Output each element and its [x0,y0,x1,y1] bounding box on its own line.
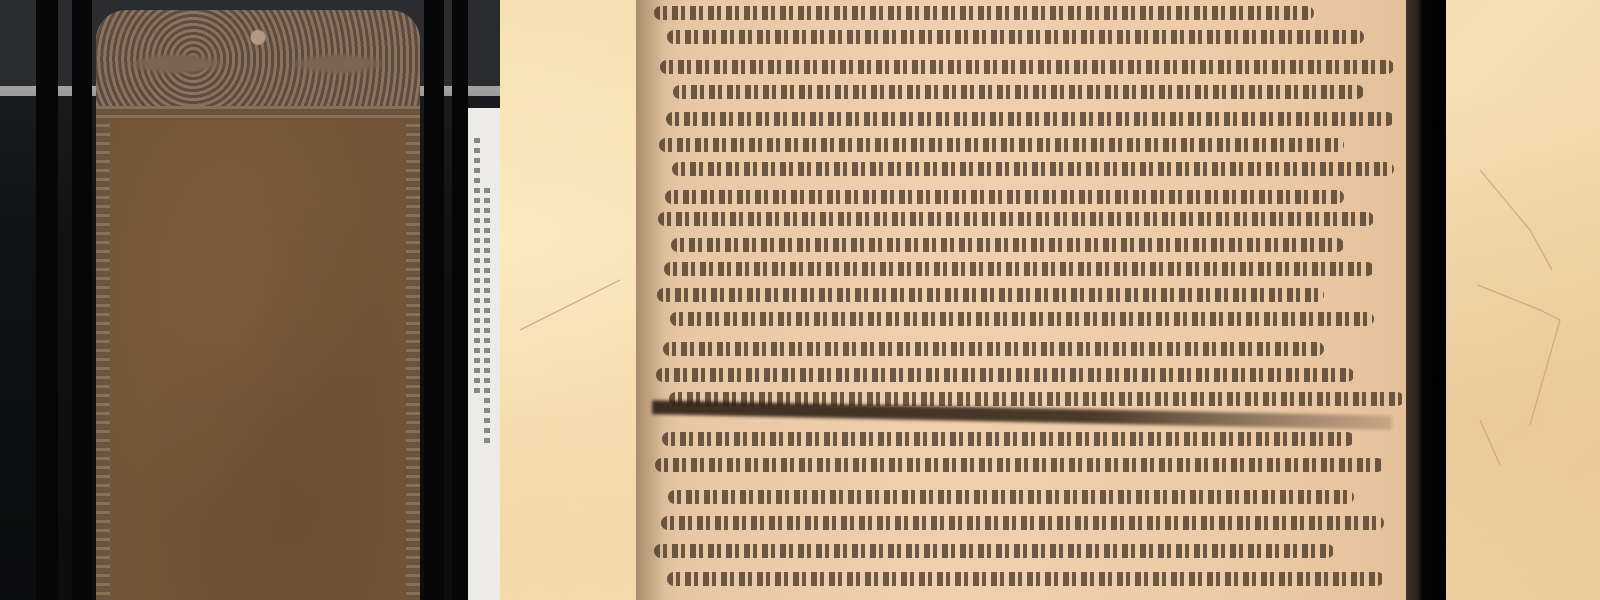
script-line [661,516,1384,530]
placard-text [484,188,490,448]
display-case-post-right-outer [452,0,468,600]
script-line [664,262,1374,276]
script-line [658,212,1374,226]
script-line [668,490,1354,504]
script-line [671,238,1344,252]
script-line [663,342,1324,356]
script-line [670,312,1374,326]
script-line [667,572,1384,586]
dragon-relief-crown [96,10,420,108]
stele-face [110,120,406,600]
script-line [654,6,1314,20]
info-placard [468,108,500,600]
script-line [659,138,1344,152]
script-line [660,60,1394,74]
stele-photo [0,0,500,600]
display-case-post-left [36,0,58,600]
photo-frame-edge [1406,0,1446,600]
script-line [666,112,1394,126]
script-line [667,30,1364,44]
script-line [657,288,1324,302]
script-line [673,85,1364,99]
manuscript-page [636,0,1416,600]
script-line [672,162,1394,176]
placard-text [474,138,480,398]
script-line [665,190,1344,204]
script-line [654,544,1334,558]
display-case-post-left-inner [72,0,92,600]
script-line [655,458,1384,472]
script-line [662,432,1354,446]
stone-stele [96,10,420,600]
display-case-post-right [424,0,444,600]
script-line [656,368,1354,382]
